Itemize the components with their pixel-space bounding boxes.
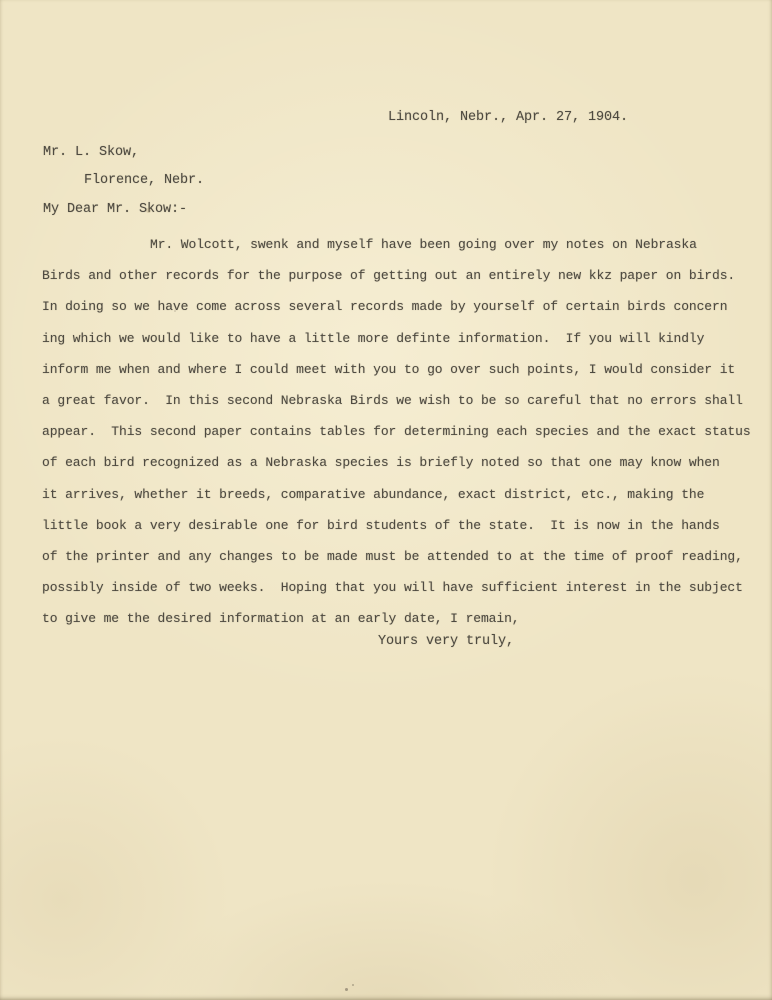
paper-speck <box>352 984 354 986</box>
body-line: In doing so we have come across several … <box>42 291 754 322</box>
recipient-name: Mr. L. Skow, <box>43 145 139 160</box>
body-line: appear. This second paper contains table… <box>42 416 754 447</box>
body-line: possibly inside of two weeks. Hoping tha… <box>42 572 754 603</box>
paper-stain <box>146 208 151 213</box>
body-line: Mr. Wolcott, swenk and myself have been … <box>42 229 754 260</box>
body-line: little book a very desirable one for bir… <box>42 510 754 541</box>
paper-speck <box>174 310 176 312</box>
body-line: it arrives, whether it breeds, comparati… <box>42 479 754 510</box>
body-line: of the printer and any changes to be mad… <box>42 541 754 572</box>
body-line: to give me the desired information at an… <box>42 603 754 634</box>
body-line: a great favor. In this second Nebraska B… <box>42 385 754 416</box>
body-line: of each bird recognized as a Nebraska sp… <box>42 447 754 478</box>
closing: Yours very truly, <box>378 634 514 649</box>
salutation: My Dear Mr. Skow:- <box>43 202 187 217</box>
letter-page: Lincoln, Nebr., Apr. 27, 1904. Mr. L. Sk… <box>0 0 772 1000</box>
recipient-city: Florence, Nebr. <box>84 173 204 188</box>
dateline: Lincoln, Nebr., Apr. 27, 1904. <box>388 110 628 125</box>
letter-body: Mr. Wolcott, swenk and myself have been … <box>42 229 754 634</box>
paper-speck <box>345 988 348 991</box>
body-line: Birds and other records for the purpose … <box>42 260 754 291</box>
body-line: ing which we would like to have a little… <box>42 323 754 354</box>
body-line: inform me when and where I could meet wi… <box>42 354 754 385</box>
